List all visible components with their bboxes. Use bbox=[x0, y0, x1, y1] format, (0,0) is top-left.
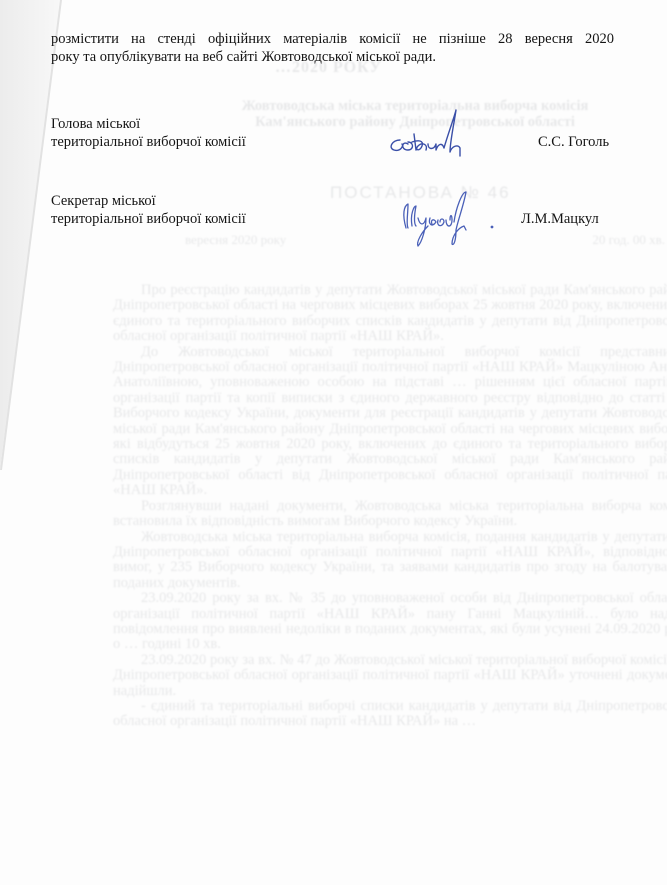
chair-role: Голова міської територіальної виборчої к… bbox=[51, 115, 351, 151]
closing-paragraph: розмістити на стенді офіційних матеріалі… bbox=[51, 30, 614, 66]
chair-signature bbox=[378, 104, 488, 164]
bleed-body: Про реєстрацію кандидатів у депутати Жов… bbox=[113, 283, 667, 730]
secretary-name: Л.М.Мацкул bbox=[521, 210, 599, 228]
secretary-role: Секретар міської територіальної виборчої… bbox=[51, 192, 351, 228]
chair-name: С.С. Гоголь bbox=[538, 133, 609, 151]
document-page: …2020 РОКУ Жовтоводська міська територіа… bbox=[0, 0, 667, 885]
secretary-signature bbox=[392, 184, 502, 250]
